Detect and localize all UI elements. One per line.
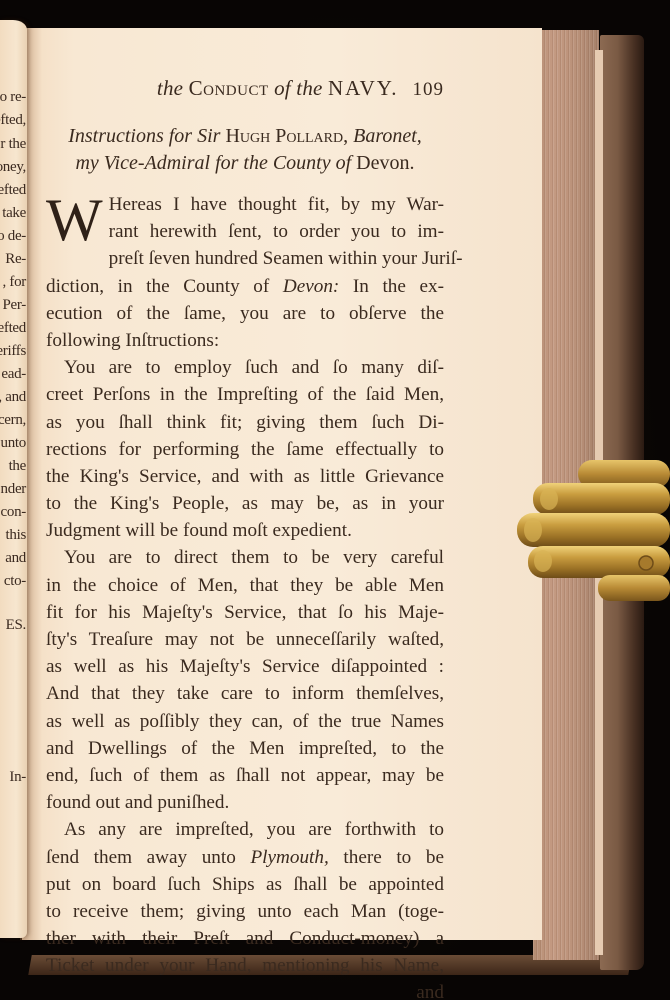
text-line: creet Perſons in the Impreſting of the ſ… [46,381,444,408]
heading-line-2: my Vice-Admiral for the County of Devon. [46,150,444,177]
page-text: the Conduct of the NAVY. 109 Instruction… [46,76,444,1000]
text-line: as well as his Majeſty's Service diſappo… [46,653,444,680]
text-line: put on board ſuch Ships as ſhall be appo… [46,871,444,898]
left-page-fragment: , for [3,275,27,290]
text-line: and [46,979,444,1000]
left-page-fragment: efted [0,321,26,336]
left-page-fragment: ES. [6,618,26,633]
text-line: ther with their Preſt and Conduct-money)… [46,925,444,952]
text-run: ſend them away unto [46,847,250,868]
left-page-fragment: Per- [3,298,27,313]
italic-place-name: Plymouth, [250,847,328,868]
left-page-fragment: Re- [5,252,26,267]
left-page-fragment: o re- [0,90,26,105]
running-head-navy: NAVY. [328,76,399,101]
drop-cap: W [46,195,103,249]
text-line: Judgment will be found moſt expedient. [46,517,444,544]
left-page-fragment: take [2,206,26,221]
left-page-fragment: unto [1,436,26,451]
heading-vice-admiral: my Vice-Admiral for the County of [75,152,351,174]
body-text: W Hereas I have thought fit, by my War-r… [46,191,444,1000]
page-number: 109 [413,79,445,101]
running-head-of-the: of the [274,76,322,101]
italic-place-name: Devon: [283,276,339,297]
left-page-fragment: cern, [0,413,26,428]
left-page-fragment: o de- [0,229,26,244]
running-head: the Conduct of the NAVY. 109 [86,76,444,101]
text-line: to the King's People, as may be, as in y… [46,490,444,517]
left-page-fragment: the [9,459,26,474]
left-page-fragment: cto- [4,574,26,589]
text-line: found out and puniſhed. [46,789,444,816]
heading-devon: Devon. [356,152,414,174]
text-line: You are to direct them to be very carefu… [46,544,444,571]
left-page-fragment: r the [0,137,26,152]
text-line: Hereas I have thought fit, by my War- [46,191,444,218]
text-line: following Inſtructions: [46,327,444,354]
section-heading: Instructions for Sir Hugh Pollard, Baron… [46,123,444,177]
text-line: to receive them; giving unto each Man (t… [46,898,444,925]
text-line: And that they take care to inform themſe… [46,680,444,707]
text-line: and Dwellings of the Men impreſted, to t… [46,735,444,762]
text-line: Ticket under your Hand, mentioning his N… [46,952,444,979]
heading-instructions: Instructions for Sir [68,125,220,147]
text-line: You are to employ ſuch and ſo many diſ- [46,354,444,381]
text-line: ſty's Treaſure may not be unneceſſarily … [46,626,444,653]
left-page-fragment: and [5,551,26,566]
text-run: In the ex- [339,276,444,297]
text-run: diction, in the County of [46,276,283,297]
running-head-conduct: Conduct [189,76,269,101]
heading-baronet: Baronet, [353,125,422,147]
text-run: there to be [329,847,444,868]
brass-hand-page-holder [503,455,670,605]
text-line: preſt ſeven hundred Seamen within your J… [46,245,444,272]
text-line: the King's Service, and with as little G… [46,463,444,490]
text-line: as you ſhall think fit; giving them ſuch… [46,409,444,436]
text-line: fit for his Majeſty's Service, that ſo h… [46,599,444,626]
left-page-fragment: eriffs [0,344,26,359]
left-page-edge: o re-efted,r theoney,eftedtakeo de-Re-, … [0,20,27,938]
left-page-fragment: this [6,528,26,543]
text-line: ecution of the ſame, you are to obſerve … [46,300,444,327]
left-page-fragment: efted [0,183,26,198]
left-page-fragment: nder [1,482,26,497]
left-page-fragment: efted, [0,113,26,128]
text-line: As any are impreſted, you are forthwith … [46,816,444,843]
left-page-fragment: con- [1,505,26,520]
heading-name: Hugh Pollard, [225,125,348,147]
text-line: diction, in the County of Devon: In the … [46,273,444,300]
left-page-fragment: oney, [0,160,26,175]
left-page-fragment: In- [9,770,26,785]
text-line: in the choice of Men, that they be able … [46,572,444,599]
running-head-the: the [157,76,183,101]
text-line: end, ſuch of them as ſhall not appear, m… [46,762,444,789]
text-line: rections for performing the ſame effectu… [46,436,444,463]
text-line: as well as poſſibly they can, of the tru… [46,708,444,735]
left-page-fragment: , and [0,390,26,405]
left-page-fragment: ead- [1,367,26,382]
heading-line-1: Instructions for Sir Hugh Pollard, Baron… [46,123,444,150]
text-line: ſend them away unto Plymouth, there to b… [46,844,444,871]
text-line: rant herewith ſent, to order you to im- [46,218,444,245]
